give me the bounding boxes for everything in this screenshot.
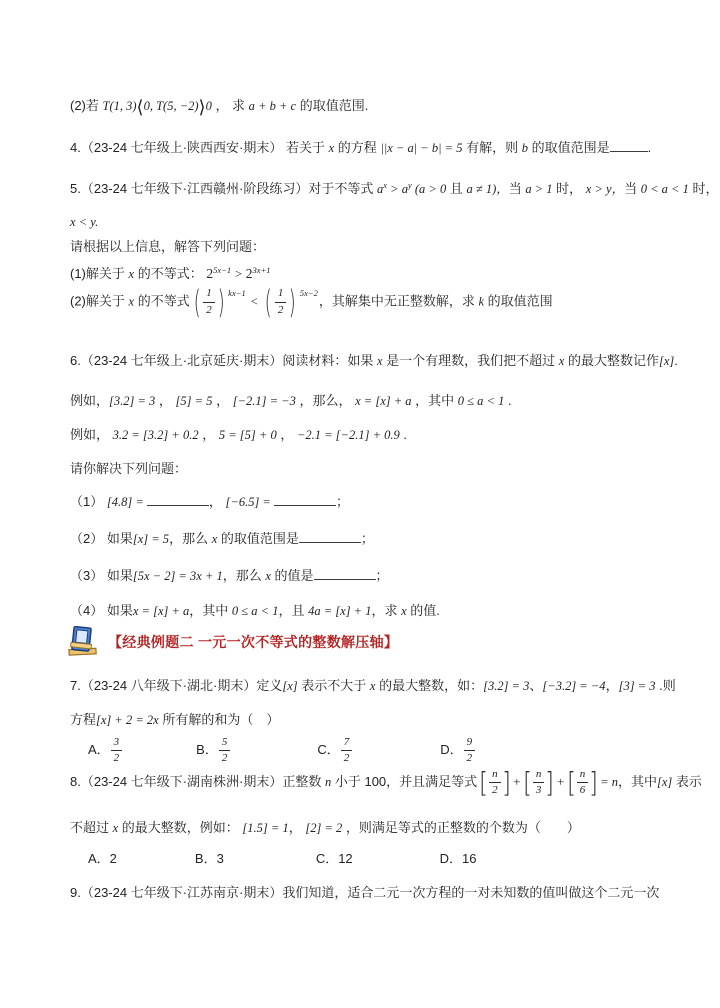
math-run: [x] = 5 [133,532,169,546]
text-run: 的值. [407,603,440,618]
text-run: （4） 如果 [70,603,133,618]
problem-7-line1: 7.（23-24 八年级下·湖北·期末）定义[x] 表示不大于 x 的最大整数，… [70,676,676,696]
text-run: . [674,353,678,368]
fraction: [n6] [566,768,599,797]
text-run: ， 求 [212,98,249,113]
text-run: (1)解关于 [70,266,129,281]
text-run: . [648,140,652,155]
fraction-stack: n6 [577,768,589,797]
text-run: . [504,393,511,408]
close-bracket: ] [589,769,598,797]
problem-7-line2: 方程[x] + 2 = 2x 所有解的和为（ ） [70,710,279,730]
problem-8-line1: 8.（23-24 七年级下·湖南株洲·期末）正整数 n 小于 100，并且满足等… [70,768,702,797]
math-run: T(1, 3) [103,99,137,113]
close-paren: ) [217,286,224,318]
math-run: [2] = 2 [305,821,342,835]
math-run: > [231,267,246,281]
text-run: （2） 如果 [70,531,133,546]
text-run: A．2 [88,851,117,866]
text-run: ， [209,494,226,509]
answer-blank [610,138,648,152]
math-run: [3.2] = 3 [109,394,155,408]
text-run: 的取值范围是 [217,531,299,546]
text-run: ，那么 [223,568,266,583]
text-run: 当 [624,181,641,196]
text-run: 的不等式： [134,266,206,281]
spacer [224,862,316,863]
text-run: C． [317,742,339,757]
spacer [123,753,196,754]
text-run: B． [196,742,218,757]
text-run: 的不等式 [134,293,190,308]
fraction-stack: 12 [203,287,215,316]
spacer [353,753,440,754]
text-run: 不超过 [70,820,113,835]
math-run: 3.2 = [3.2] + 0.2 [113,428,199,442]
math-run: [4.8] = [107,495,147,509]
problem-6-example2: 例如， 3.2 = [3.2] + 0.2 ， 5 = [5] + 0 ， −2… [70,425,407,445]
text-run: ，其中 [412,393,458,408]
problem-4: 4.（23-24 七年级上·陕西西安·期末） 若关于 x 的方程 ||x − a… [70,138,651,158]
problem-5-line2: x < y. [70,212,98,232]
text-run: ， [289,820,306,835]
math-run: [3] = 3 [619,679,656,693]
math-number: 2 [246,266,253,281]
answer-blank [314,566,376,580]
text-run: 、 [529,678,542,693]
text-run: 例如， [70,393,109,408]
spacer [117,862,195,863]
text-run: ； [361,531,374,546]
text-run: D． [440,742,462,757]
math-run: x = [x] + a [355,394,411,408]
problem-5-prompt: 请根据以上信息，解答下列问题： [70,237,265,257]
math-run: −2.1 = [−2.1] + 0.9 [297,428,400,442]
problem-6-example1: 例如，[3.2] = 3 ， [5] = 5 ， [−2.1] = −3 ，那么… [70,391,512,411]
open-paren: ( [265,286,272,318]
math-run: + [556,775,564,789]
text-run: 小于 100，并且满足等式 [331,774,477,789]
math-run: [−2.1] = −3 [233,394,296,408]
math-run: x < y. [70,215,98,229]
text-run: 5.（23-24 七年级下·江西赣州·阶段练习）对于不等式 [70,181,377,196]
problem-part-2: (2)若 T(1, 3)⟨0, T(5, −2)⟩0 ， 求 a + b + c… [70,96,368,118]
text-run: ，则满足等式的正整数的个数为（ ） [342,820,580,835]
text-run: ， [199,427,219,442]
text-run: 请根据以上信息，解答下列问题： [70,239,265,254]
text-run: 4.（23-24 七年级上·陕西西安·期末） 若关于 [70,140,329,155]
text-run: ，其中 [189,603,232,618]
text-run: C．12 [316,851,353,866]
math-run: ||x − a| − b| = 5 [380,141,462,155]
fraction-stack: n3 [533,768,545,797]
text-run: 的取值范围是 [528,140,610,155]
text-run: 时， [689,181,719,196]
open-bracket: [ [523,769,532,797]
spacer [231,753,317,754]
text-run: 7.（23-24 八年级下·湖北·期末）定义 [70,678,282,693]
text-run: ， [277,427,297,442]
math-run: [x] [659,354,674,368]
math-run: [3.2] = 3 [483,679,529,693]
text-run: 且 [446,181,466,196]
text-run: ，且 [278,603,308,618]
fraction: 72 [341,736,353,765]
angle-bracket: ⟩ [199,97,206,118]
math-run: [1.5] = 1 [242,821,288,835]
problem-6-sub4: （4） 如果x = [x] + a，其中 0 ≤ a < 1，且 4a = [x… [70,601,440,621]
text-run: （3） 如果 [70,568,133,583]
text-run: 的方程 [334,140,380,155]
text-run: ； [376,568,389,583]
text-run: 8.（23-24 七年级下·湖南株洲·期末）正整数 [70,774,325,789]
fraction: 92 [464,736,476,765]
problem-6-prompt: 请你解决下列问题： [70,459,187,479]
math-run: x > y， [586,182,624,196]
worksheet-page: 【经典例题二 一元一次不等式的整数解压轴】 (2)若 T(1, 3)⟨0, T(… [0,0,720,1008]
text-run: 请你解决下列问题： [70,461,187,476]
problem-5-sub2: (2)解关于 x 的不等式(12)kx−1 < (12)5x−2，其解集中无正整… [70,286,553,318]
math-run: 0 < a < 1 [641,182,689,196]
text-run: ， [155,393,175,408]
math-run: 4a = [x] + 1 [308,604,371,618]
close-bracket: ] [546,769,555,797]
text-run: 的最大整数，例如： [118,820,242,835]
problem-7-options: A．32B．52C．72D．92 [88,736,476,765]
text-run: 的最大整数，如： [375,678,483,693]
math-run: a + b + c [249,99,296,113]
text-run: （1） [70,494,107,509]
math-superscript: 5x−2 [300,283,318,303]
spacer [353,862,440,863]
problem-8-options: A．2B．3C．12D．16 [88,849,477,869]
problem-8-line2: 不超过 x 的最大整数，例如： [1.5] = 1， [2] = 2 ，则满足等… [70,818,580,838]
math-run: (a > 0 [412,182,446,196]
text-run: 的值是 [271,568,314,583]
answer-blank [274,492,336,506]
math-run: + [513,775,521,789]
math-superscript: 3x+1 [253,265,271,275]
text-run: ； [336,494,349,509]
text-run: 的最大整数记作 [564,353,659,368]
math-run: [5] = 5 [176,394,213,408]
fraction-stack: n2 [489,768,501,797]
books-icon [66,626,100,658]
text-run: 方程 [70,712,96,727]
math-run: [x] [282,679,297,693]
math-superscript: y [408,180,412,190]
text-run: . [400,427,407,442]
fraction-stack: 52 [219,736,231,765]
text-run: A． [88,742,110,757]
problem-6-sub2: （2） 如果[x] = 5，那么 x 的取值范围是； [70,529,374,549]
fraction: [n3] [522,768,555,797]
close-paren: ) [289,286,296,318]
text-run: ，其解集中无正整数解，求 [319,293,479,308]
text-run: 所有解的和为（ ） [159,712,280,727]
math-run: [x] + 2 = 2x [96,713,159,727]
math-superscript: 5x−1 [213,265,231,275]
math-run: [5x − 2] = 3x + 1 [133,569,223,583]
text-run: 的取值范围 [484,293,553,308]
angle-bracket: ⟨ [137,97,144,118]
math-run: a ≠ 1)， [466,182,508,196]
math-run: 0 ≤ a < 1 [232,604,279,618]
text-run: 的取值范围. [296,98,368,113]
math-run: 5 = [5] + 0 [219,428,277,442]
text-run: 例如， [70,427,113,442]
fraction: (12)kx−1 [191,286,246,318]
text-run: ， [212,393,232,408]
section-header: 【经典例题二 一元一次不等式的整数解压轴】 [66,626,398,658]
fraction-stack: 72 [341,736,353,765]
text-run: ，求 [372,603,402,618]
math-run: [−6.5] = [226,495,274,509]
problem-9-line1: 9.（23-24 七年级下·江苏南京·期末）我们知道，适合二元一次方程的一对未知… [70,883,659,903]
fraction: [n2] [478,768,511,797]
open-bracket: [ [567,769,576,797]
problem-5-line1: 5.（23-24 七年级下·江西赣州·阶段练习）对于不等式 ax > ay (a… [70,179,718,200]
text-run: 当 [509,181,526,196]
text-run: ， [606,678,619,693]
problem-6-sub1: （1） [4.8] = ， [−6.5] = ； [70,492,349,512]
fraction: (12)5x−2 [262,286,317,318]
math-run: [−3.2] = −4 [542,679,605,693]
math-superscript: x [383,180,387,190]
text-run: 表示 [672,774,702,789]
fraction-stack: 92 [464,736,476,765]
math-run: x = [x] + a [133,604,189,618]
math-run: > a [387,182,408,196]
problem-5-sub1: (1)解关于 x 的不等式： 25x−1 > 23x+1 [70,264,271,285]
text-run: 表示不大于 [298,678,370,693]
text-run: B．3 [195,851,224,866]
close-bracket: ] [502,769,511,797]
text-run: .则 [656,678,676,693]
math-run: = n [600,775,618,789]
text-run: D．16 [440,851,477,866]
open-bracket: [ [479,769,488,797]
text-run: ，那么 [169,531,212,546]
text-run: ，那么， [296,393,355,408]
text-run: (2)若 [70,98,103,113]
problem-6-line1: 6.（23-24 七年级上·北京延庆·期末）阅读材料：如果 x 是一个有理数，我… [70,351,678,371]
problem-6-sub3: （3） 如果[5x − 2] = 3x + 1，那么 x 的值是； [70,566,389,586]
text-run: 时， [553,181,586,196]
math-run: [x] [657,775,672,789]
math-run: 0, T(5, −2) [144,99,199,113]
math-run: a > 1 [525,182,552,196]
text-run: 有解，则 [463,140,522,155]
section-header-title: 【经典例题二 一元一次不等式的整数解压轴】 [108,632,398,652]
text-run: 9.（23-24 七年级下·江苏南京·期末）我们知道，适合二元一次方程的一对未知… [70,885,659,900]
fraction-stack: 12 [275,287,287,316]
fraction-stack: 32 [111,736,123,765]
text-run: 6.（23-24 七年级上·北京延庆·期末）阅读材料：如果 [70,353,377,368]
text-run: 是一个有理数，我们把不超过 [383,353,559,368]
answer-blank [147,492,209,506]
text-run: ，其中 [618,774,657,789]
open-paren: ( [194,286,201,318]
answer-blank [299,529,361,543]
text-run: (2)解关于 [70,293,129,308]
math-run: < [247,294,262,308]
fraction: 52 [219,736,231,765]
math-run: 0 ≤ a < 1 [458,394,505,408]
fraction: 32 [111,736,123,765]
math-superscript: kx−1 [228,283,246,303]
